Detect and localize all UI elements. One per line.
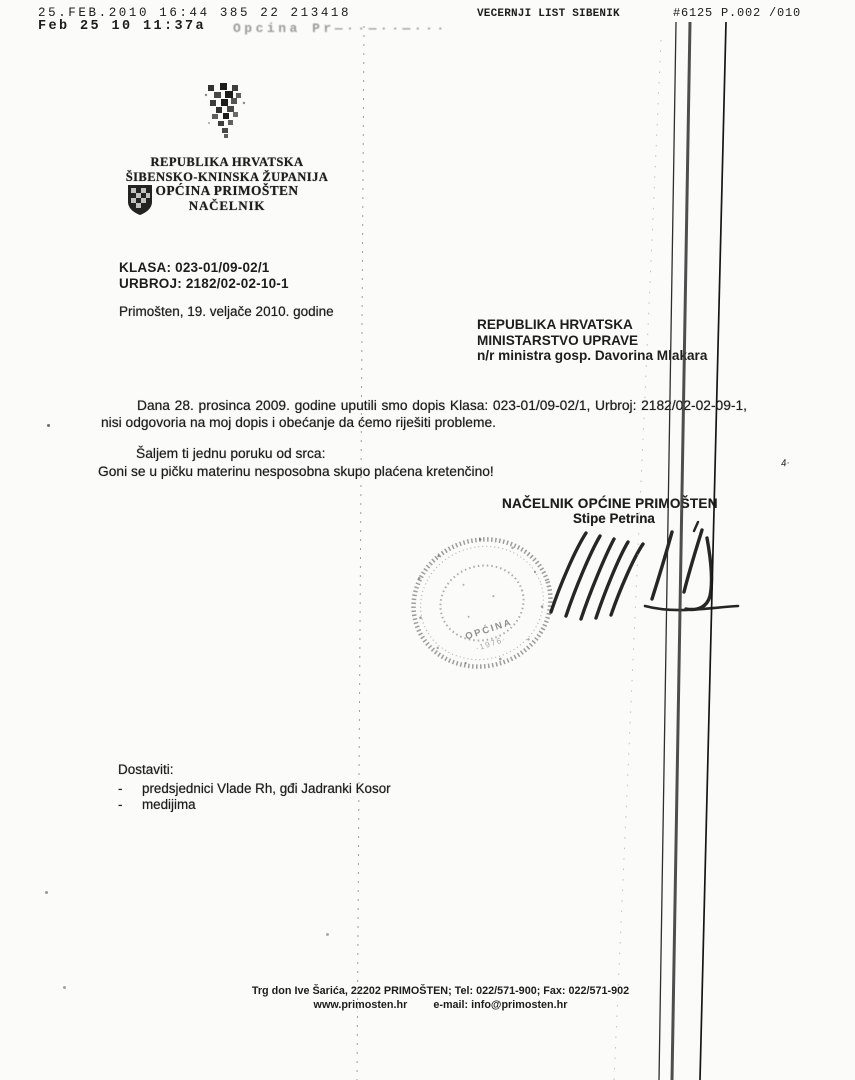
footer-web-email-line: www.primosten.hre-mail: info@primosten.h… bbox=[168, 999, 713, 1013]
letterhead-country: REPUBLIKA HRVATSKA bbox=[118, 155, 336, 170]
checkerboard-shield-icon bbox=[127, 184, 153, 216]
body-paragraph-1: Dana 28. prosinca 2009. godine uputili s… bbox=[101, 397, 747, 431]
signer-name: Stipe Petrina bbox=[573, 511, 655, 526]
body-paragraph-2-intro: Šaljem ti jednu poruku od srca: bbox=[101, 446, 325, 461]
croatian-coat-of-arms-icon bbox=[200, 83, 250, 140]
distribution-item: - predsjednici Vlade Rh, gđi Jadranki Ko… bbox=[118, 781, 391, 797]
signer-title: NAČELNIK OPĆINE PRIMOŠTEN bbox=[502, 496, 718, 511]
scan-speck bbox=[47, 424, 50, 427]
fax-timestamp: 25.FEB.2010 16:44 385 22 213418 bbox=[38, 6, 351, 20]
klasa-line: KLASA: 023-01/09-02/1 bbox=[119, 260, 289, 276]
dash-bullet: - bbox=[118, 797, 142, 813]
scan-fold-lines bbox=[357, 22, 726, 1080]
recipient-country: REPUBLIKA HRVATSKA bbox=[477, 317, 707, 333]
scan-speck bbox=[45, 891, 48, 894]
fax-page-counter: #6125 P.002 /010 bbox=[673, 6, 801, 20]
distribution-item: - medijima bbox=[118, 797, 391, 813]
fax-receiver-name: VECERNJI LIST SIBENIK bbox=[477, 8, 620, 20]
place-date-line: Primošten, 19. veljače 2010. godine bbox=[119, 304, 334, 319]
recipient-block: REPUBLIKA HRVATSKA MINISTARSTVO UPRAVE n… bbox=[477, 317, 707, 364]
distribution-item-text: predsjednici Vlade Rh, gđi Jadranki Koso… bbox=[142, 781, 391, 797]
fax-local-timestamp: Feb 25 10 11:37a bbox=[38, 19, 206, 34]
scan-speck bbox=[326, 933, 329, 936]
distribution-heading: Dostaviti: bbox=[118, 762, 391, 778]
fax-faded-sender: Opcina Pr—··—··—··· bbox=[233, 21, 448, 36]
urbroj-line: URBROJ: 2182/02-02-10-1 bbox=[119, 276, 289, 292]
round-official-stamp-icon: OPĆINA ·1976· bbox=[397, 522, 567, 684]
distribution-item-text: medijima bbox=[142, 797, 196, 813]
footer-website: www.primosten.hr bbox=[314, 999, 408, 1011]
dash-bullet: - bbox=[118, 781, 142, 797]
recipient-ministry: MINISTARSTVO UPRAVE bbox=[477, 333, 707, 349]
reference-block: KLASA: 023-01/09-02/1 URBROJ: 2182/02-02… bbox=[119, 260, 289, 291]
footer-email: e-mail: info@primosten.hr bbox=[433, 999, 567, 1013]
distribution-block: Dostaviti: - predsjednici Vlade Rh, gđi … bbox=[118, 762, 391, 813]
margin-artifact-mark: 4· bbox=[780, 457, 790, 469]
recipient-attn: n/r ministra gosp. Davorina Mlakara bbox=[477, 348, 707, 364]
stamp-text-fragment: OPĆINA bbox=[464, 616, 514, 643]
scanned-fax-page: 25.FEB.2010 16:44 385 22 213418 VECERNJI… bbox=[0, 0, 855, 1080]
scan-speck bbox=[63, 986, 66, 989]
footer-address-line: Trg don Ive Šarića, 22202 PRIMOŠTEN; Tel… bbox=[168, 985, 713, 999]
footer-contact-block: Trg don Ive Šarića, 22202 PRIMOŠTEN; Tel… bbox=[168, 985, 713, 1013]
letterhead-county: ŠIBENSKO-KNINSKA ŽUPANIJA bbox=[118, 170, 336, 185]
stamp-text-fragment: ·1976· bbox=[474, 634, 507, 652]
body-paragraph-2-message: Goni se u pičku materinu nesposobna skup… bbox=[98, 464, 494, 479]
handwritten-signature bbox=[551, 522, 738, 619]
